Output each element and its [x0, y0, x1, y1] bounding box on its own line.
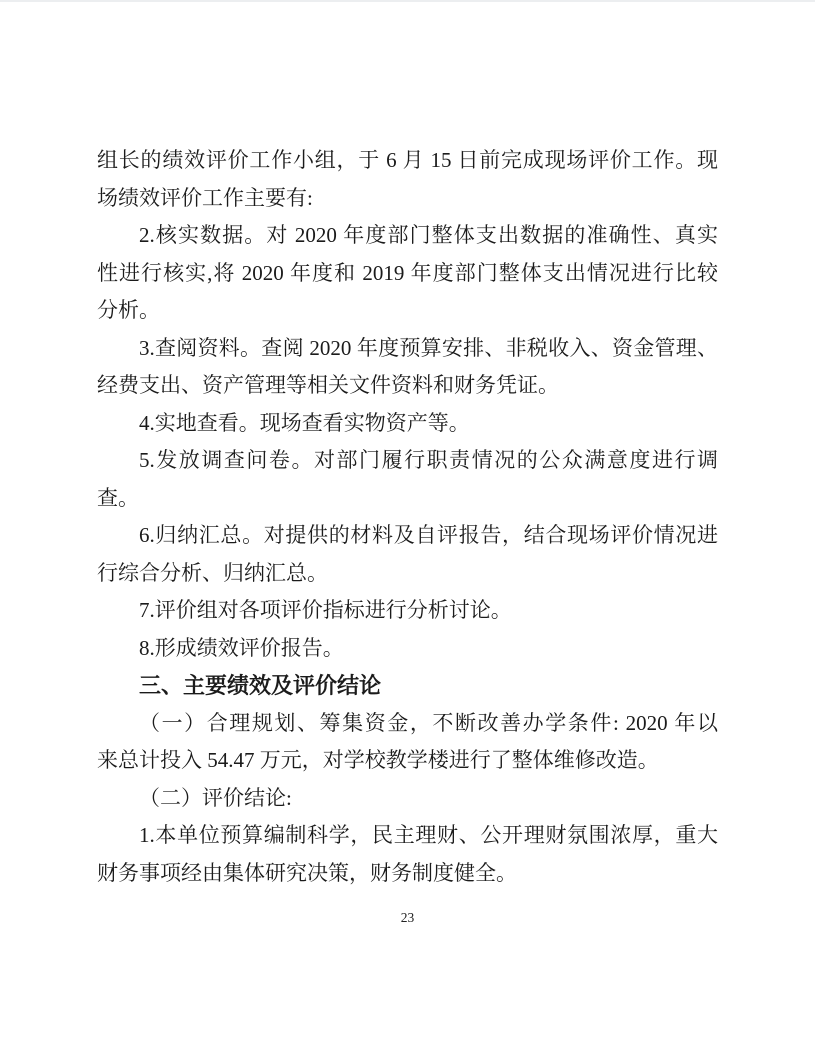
text-line: 8.形成绩效评价报告。: [97, 630, 718, 668]
text-line: 1.本单位预算编制科学，民主理财、公开理财氛围浓厚，重大: [97, 817, 718, 855]
text-line: 2.核实数据。对 2020 年度部门整体支出数据的准确性、真实: [97, 217, 718, 255]
text-line: 财务事项经由集体研究决策，财务制度健全。: [97, 855, 718, 893]
text-line: 4.实地查看。现场查看实物资产等。: [97, 405, 718, 443]
text-line: 来总计投入 54.47 万元，对学校教学楼进行了整体维修改造。: [97, 742, 718, 780]
text-line: 5.发放调查问卷。对部门履行职责情况的公众满意度进行调: [97, 442, 718, 480]
text-line: 6.归纳汇总。对提供的材料及自评报告，结合现场评价情况进: [97, 517, 718, 555]
section-heading: 三、主要绩效及评价结论: [97, 667, 718, 705]
document-body: 组长的绩效评价工作小组，于 6 月 15 日前完成现场评价工作。现 场绩效评价工…: [97, 142, 718, 892]
text-line: 行综合分析、归纳汇总。: [97, 555, 718, 593]
text-line: 组长的绩效评价工作小组，于 6 月 15 日前完成现场评价工作。现: [97, 142, 718, 180]
text-line: 场绩效评价工作主要有:: [97, 180, 718, 218]
document-page: 组长的绩效评价工作小组，于 6 月 15 日前完成现场评价工作。现 场绩效评价工…: [0, 0, 815, 1055]
text-line: 3.查阅资料。查阅 2020 年度预算安排、非税收入、资金管理、: [97, 330, 718, 368]
page-number: 23: [0, 910, 815, 926]
text-line: 分析。: [97, 292, 718, 330]
text-line: 经费支出、资产管理等相关文件资料和财务凭证。: [97, 367, 718, 405]
text-line: 性进行核实,将 2020 年度和 2019 年度部门整体支出情况进行比较: [97, 255, 718, 293]
page-top-edge: [0, 0, 815, 2]
text-line: 查。: [97, 480, 718, 518]
text-line: （二）评价结论:: [97, 780, 718, 818]
text-line: （一）合理规划、筹集资金，不断改善办学条件: 2020 年以: [97, 705, 718, 743]
text-line: 7.评价组对各项评价指标进行分析讨论。: [97, 592, 718, 630]
